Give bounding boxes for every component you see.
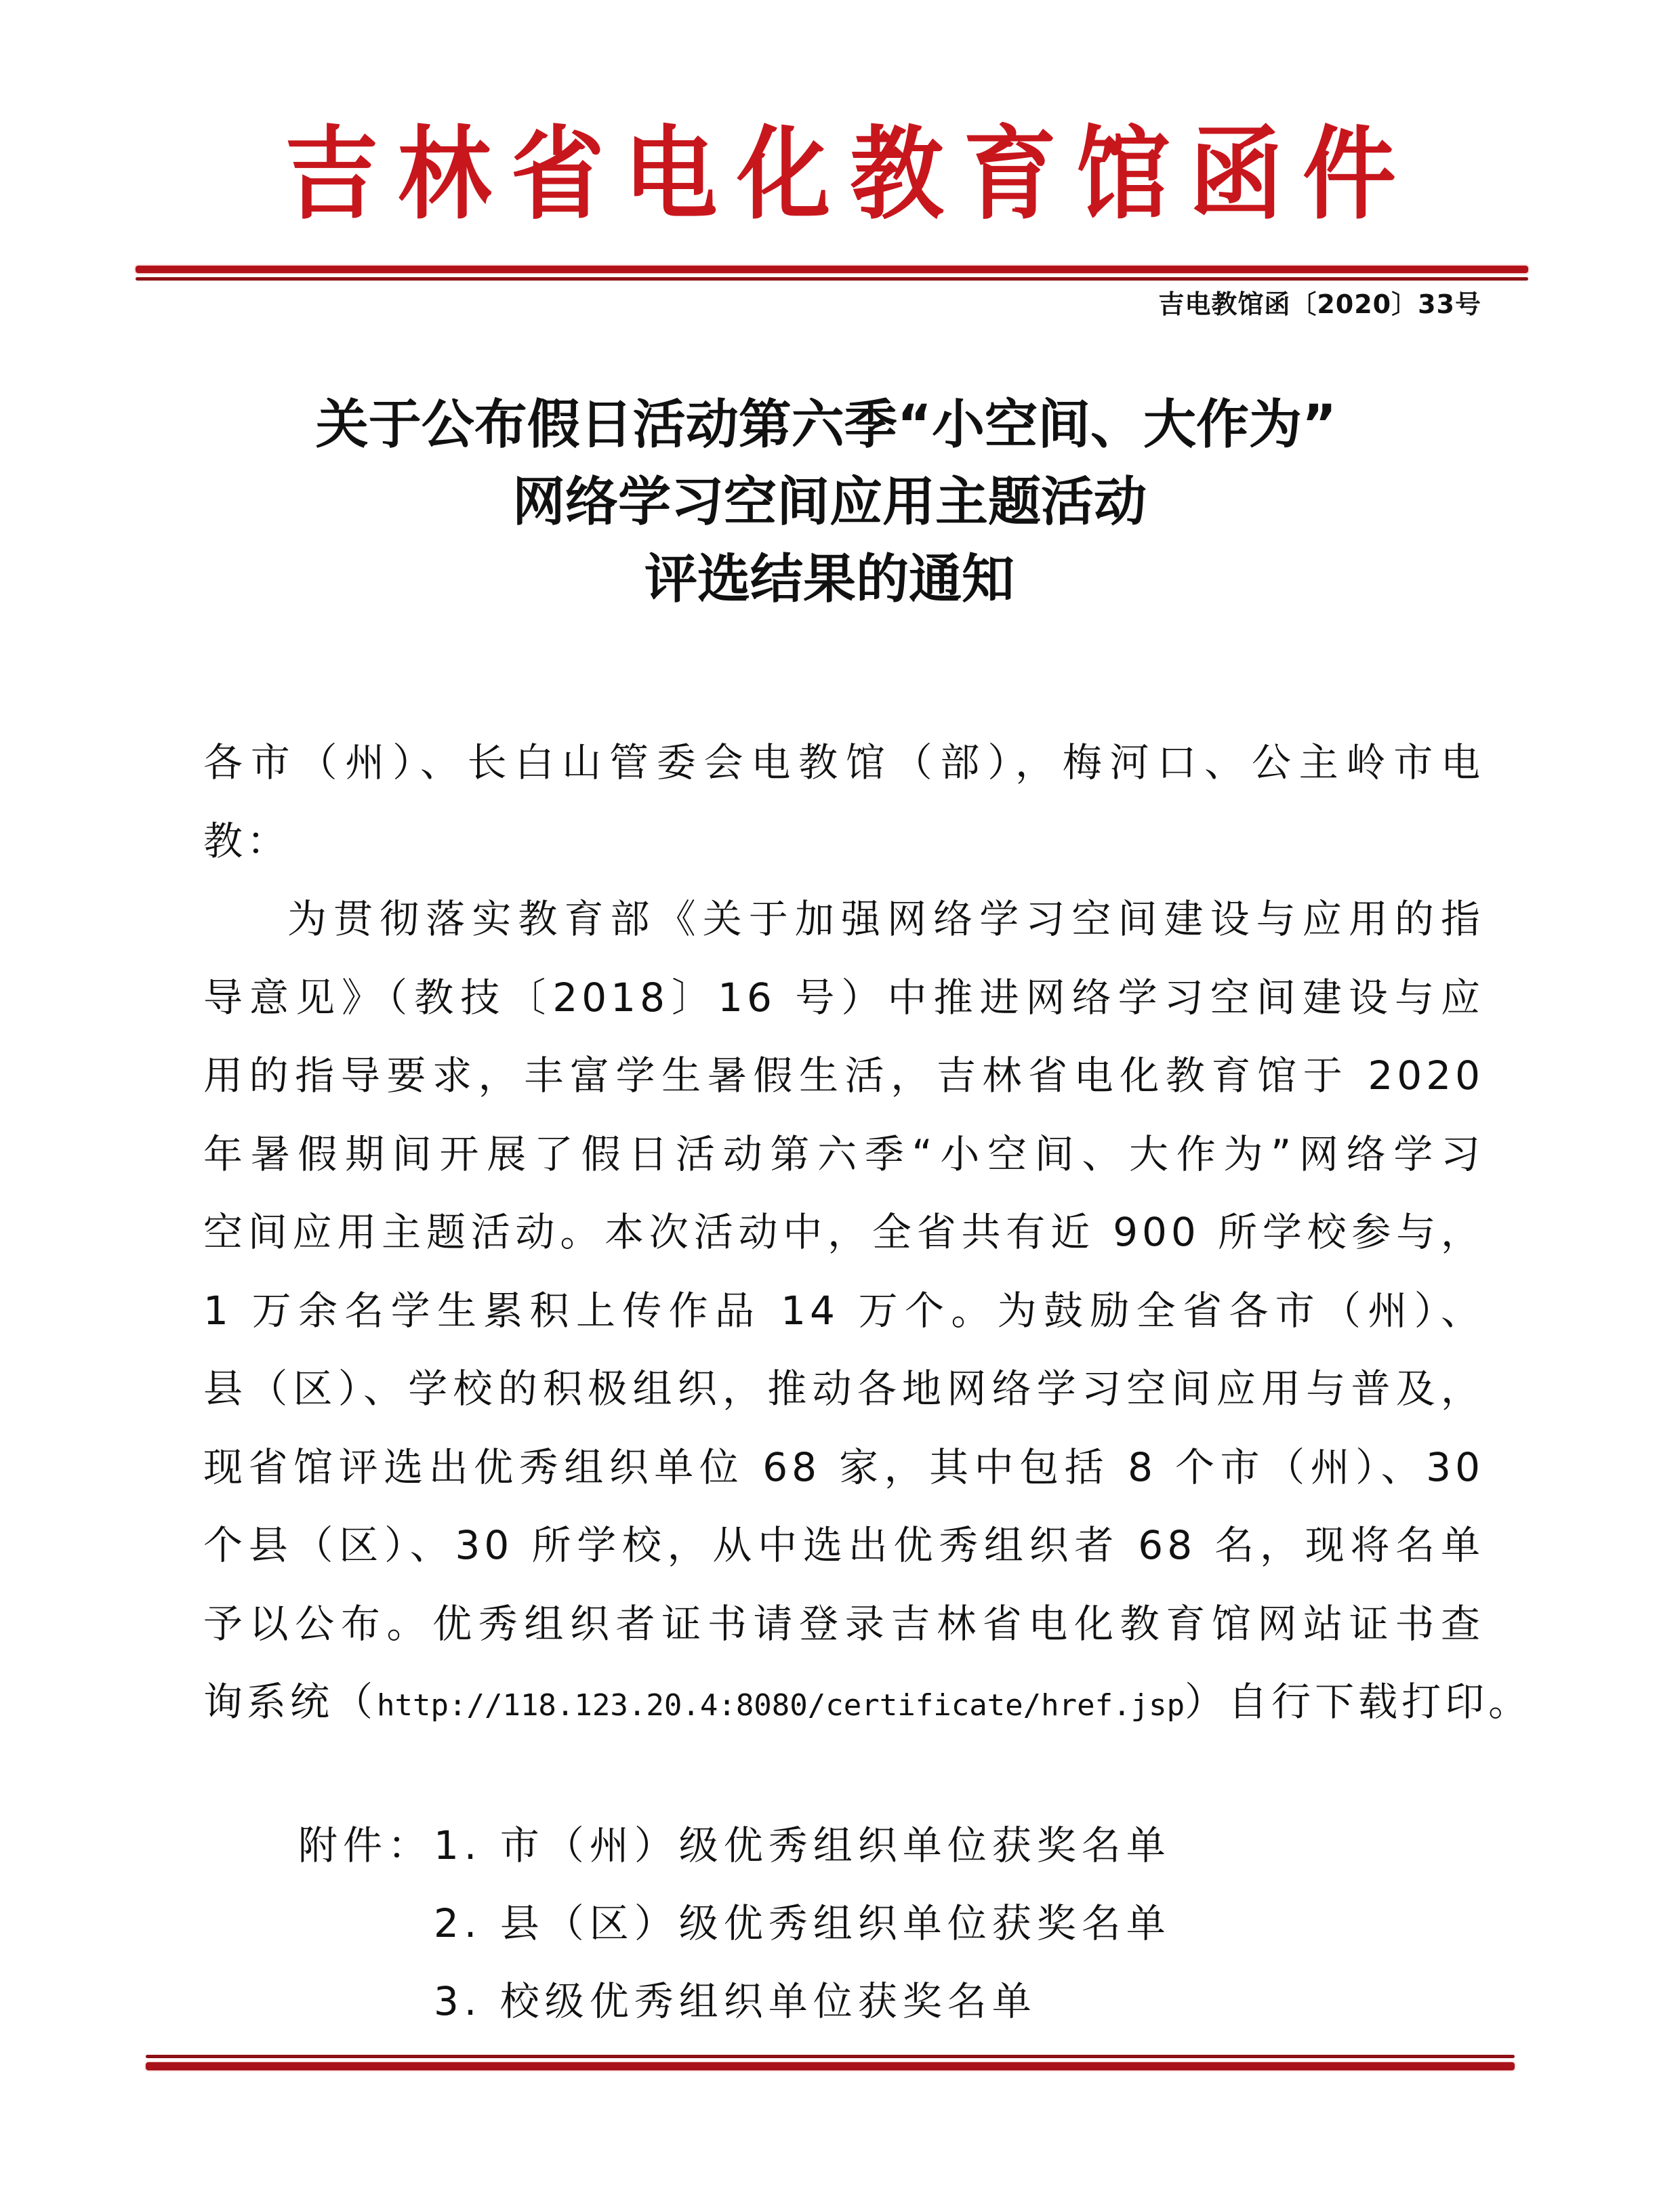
letterhead-char: 件 [1303,94,1396,239]
salutation-line-2: 教： [203,802,1484,881]
body-line: 个县（区）、30 所学校，从中选出优秀组织者 68 名，现将名单 [203,1507,1484,1585]
letterhead-char: 吉 [285,94,378,239]
divider-thick-line [146,2062,1515,2070]
document-body: 各市（州）、长白山管委会电教馆（部），梅河口、公主岭市电 教： 为贯彻落实教育部… [203,724,1484,1745]
body-line: 空间应用主题活动。本次活动中，全省共有近 900 所学校参与， [203,1193,1484,1272]
document-number: 吉电教馆函〔2020〕33号 [1158,283,1481,321]
attachment-text: 1. 市（州）级优秀组织单位获奖名单 [434,1822,1171,1868]
divider-thin-line [136,277,1528,281]
attachment-item: 附件：1. 市（州）级优秀组织单位获奖名单 [298,1807,1171,1885]
title-line-2: 网络学习空间应用主题活动 [0,464,1659,541]
title-line-1: 关于公布假日活动第六季“小空间、大作为” [0,386,1656,464]
attachment-item: 3. 校级优秀组织单位获奖名单 [298,1963,1171,2041]
last-line-prefix: 询系统（ [203,1679,377,1725]
attachment-text: 2. 县（区）级优秀组织单位获奖名单 [434,1900,1171,1946]
letterhead-char: 函 [1189,94,1283,239]
body-line: 年暑假期间开展了假日活动第六季“小空间、大作为”网络学习 [203,1115,1484,1194]
letterhead-char: 化 [737,94,831,239]
letterhead-title: 吉 林 省 电 化 教 育 馆 函 件 [285,102,1396,230]
attachments-list: 附件：1. 市（州）级优秀组织单位获奖名单 2. 县（区）级优秀组织单位获奖名单… [298,1807,1171,2041]
attachment-text: 3. 校级优秀组织单位获奖名单 [434,1978,1037,2024]
salutation-line-1: 各市（州）、长白山管委会电教馆（部），梅河口、公主岭市电 [203,724,1484,802]
divider-thin-line [146,2055,1515,2058]
attachments-label: 附件： [298,1807,434,1885]
document-page: 吉 林 省 电 化 教 育 馆 函 件 吉电教馆函〔2020〕33号 关于公布假… [0,0,1659,2212]
body-line: 用的指导要求，丰富学生暑假生活，吉林省电化教育馆于 2020 [203,1037,1484,1115]
divider-thick-line [136,266,1528,273]
title-line-3: 评选结果的通知 [0,541,1659,618]
last-line-suffix: ）自行下载打印。 [1185,1679,1532,1725]
certificate-url-link[interactable]: http://118.123.20.4:8080/certificate/hre… [377,1688,1185,1723]
body-last-line: 询系统（http://118.123.20.4:8080/certificate… [203,1663,1484,1745]
body-line: 为贯彻落实教育部《关于加强网络学习空间建设与应用的指 [203,880,1484,959]
letterhead-char: 育 [963,94,1057,239]
letterhead-char: 电 [624,94,718,239]
attachment-item: 2. 县（区）级优秀组织单位获奖名单 [298,1885,1171,1963]
letterhead-char: 教 [850,94,943,239]
body-line: 导意见》（教技〔2018〕16 号）中推进网络学习空间建设与应 [203,959,1484,1038]
letterhead-char: 馆 [1076,94,1170,239]
body-line: 现省馆评选出优秀组织单位 68 家，其中包括 8 个市（州）、30 [203,1429,1484,1507]
letterhead-char: 林 [398,94,491,239]
body-line: 1 万余名学生累积上传作品 14 万个。为鼓励全省各市（州）、 [203,1272,1484,1351]
letterhead-divider [136,266,1528,285]
body-line: 县（区）、学校的积极组织，推动各地网络学习空间应用与普及， [203,1350,1484,1429]
document-title: 关于公布假日活动第六季“小空间、大作为” 网络学习空间应用主题活动 评选结果的通… [0,386,1659,618]
footer-divider [146,2053,1515,2075]
body-line: 予以公布。优秀组织者证书请登录吉林省电化教育馆网站证书查 [203,1585,1484,1664]
letterhead-char: 省 [511,94,605,239]
